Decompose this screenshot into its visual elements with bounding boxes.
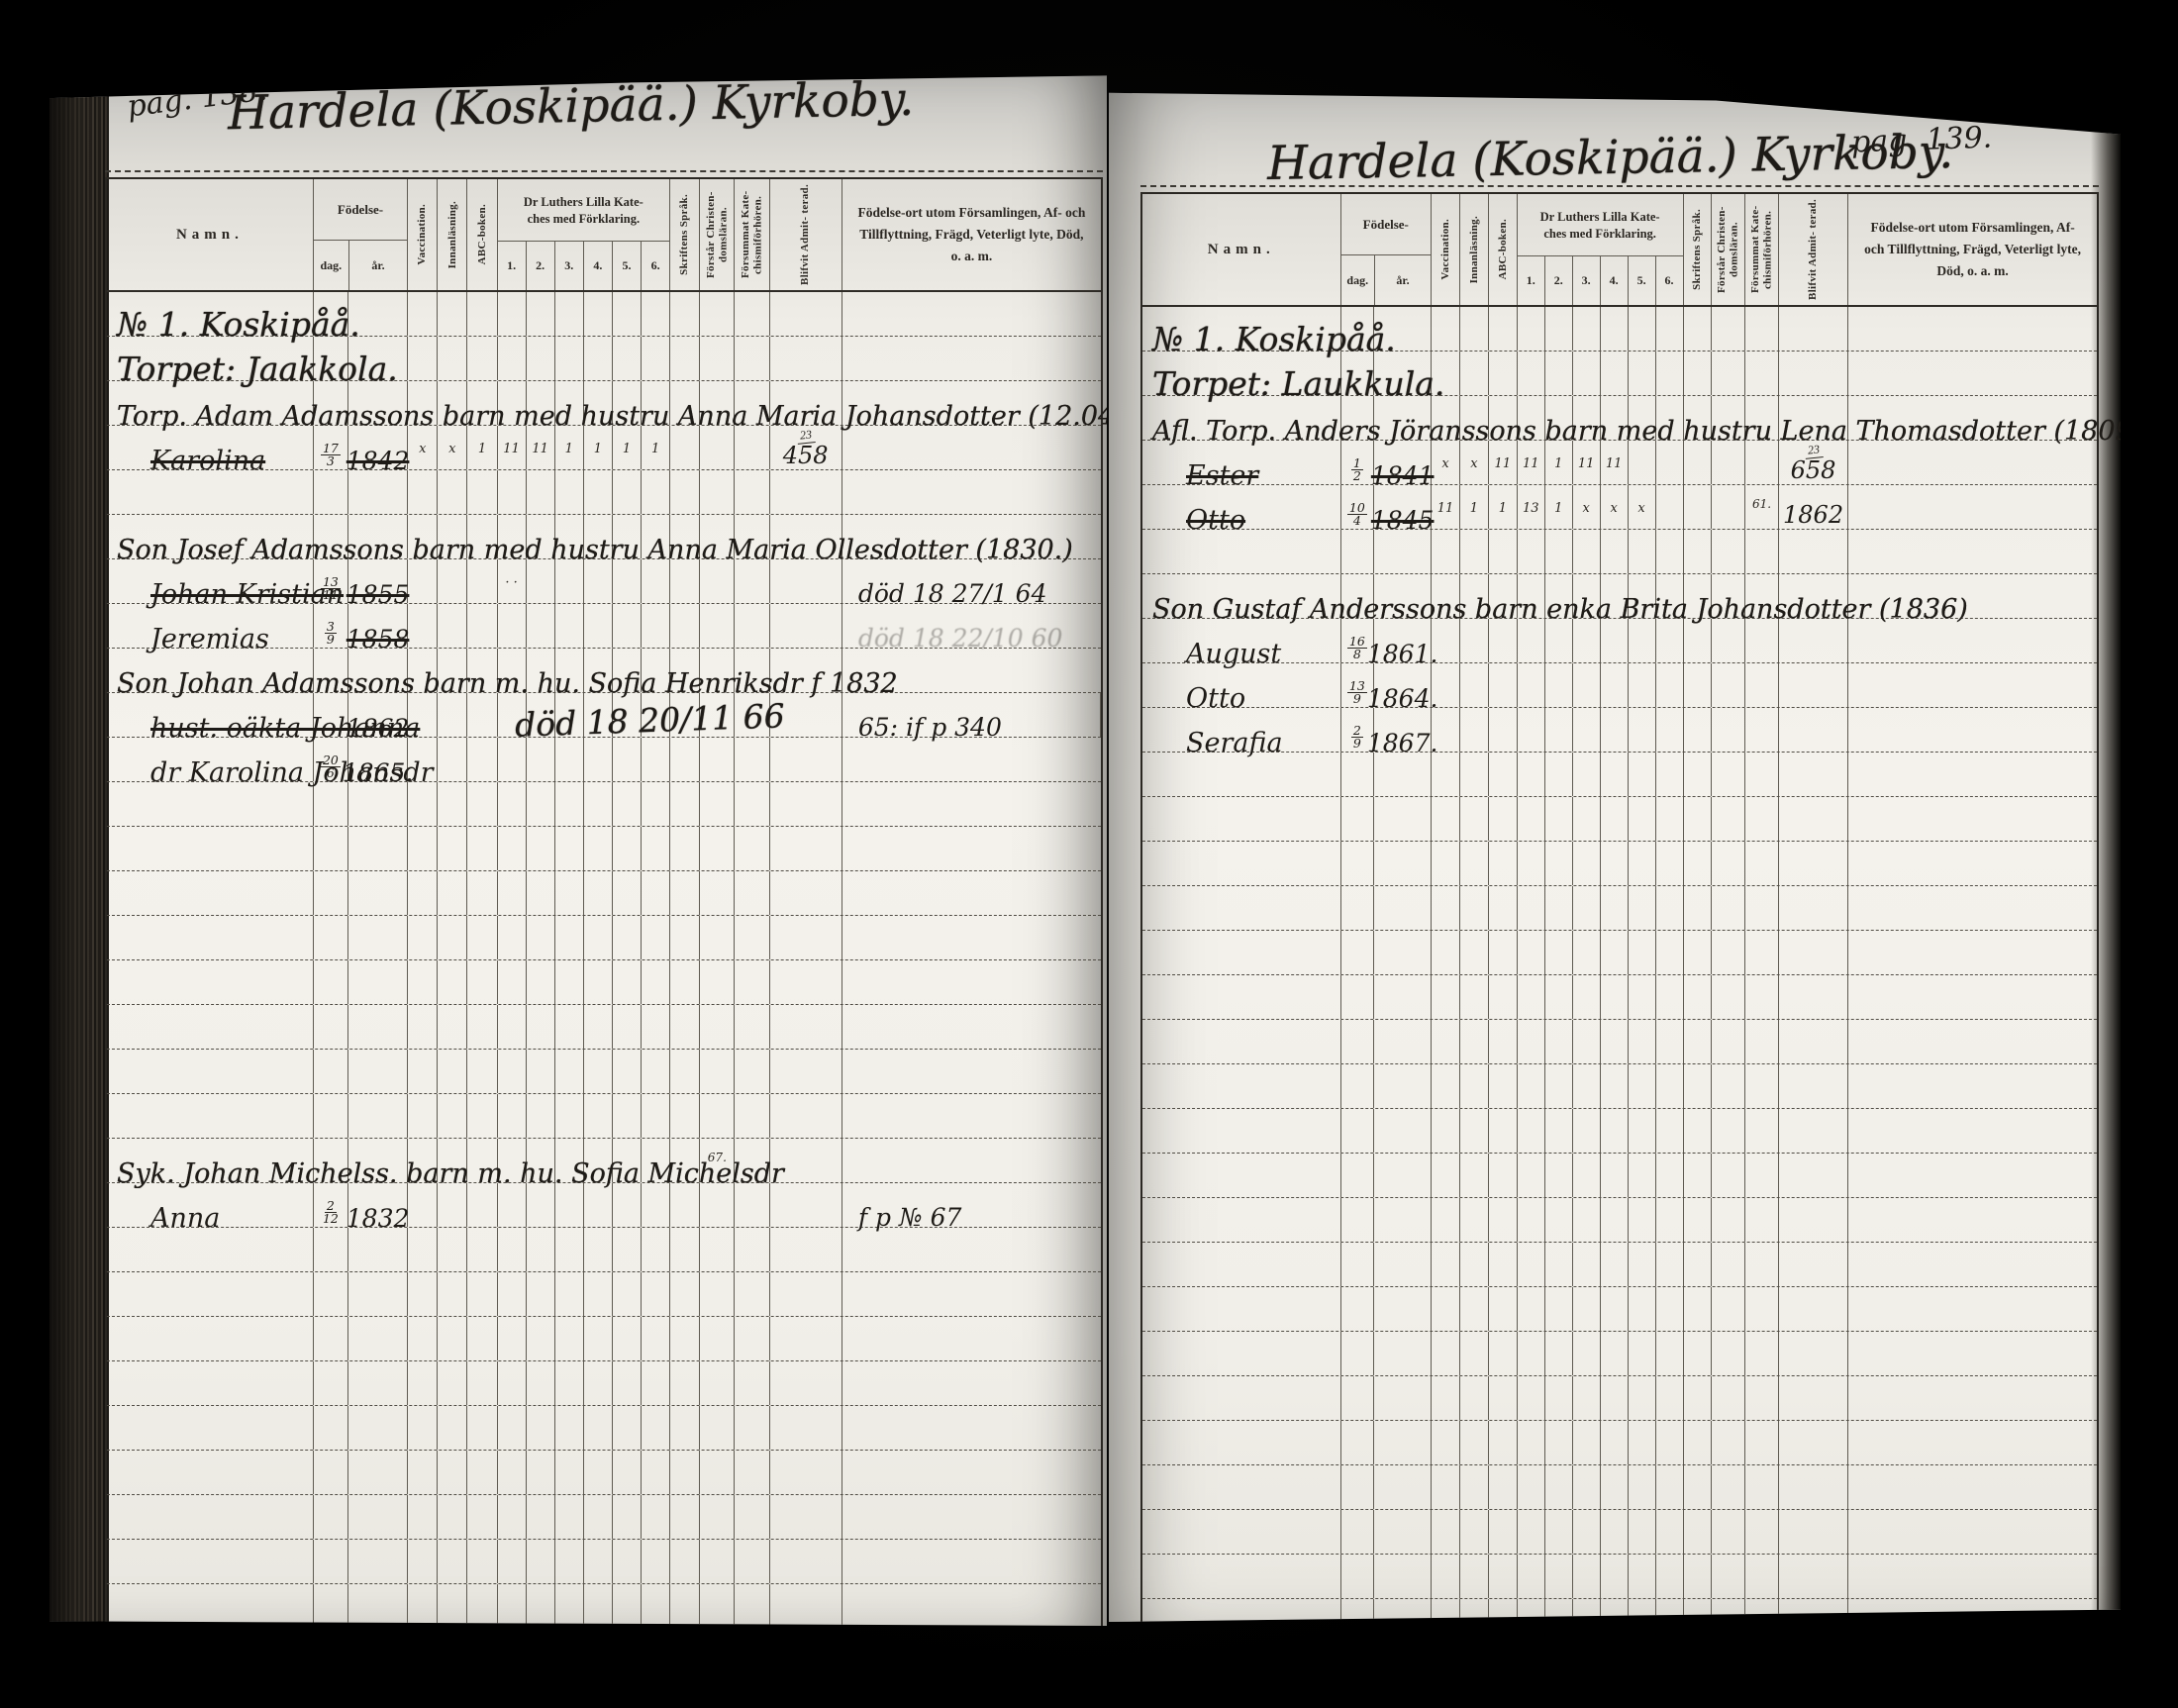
cell-admitterad bbox=[770, 738, 842, 781]
cell-k2 bbox=[1545, 1198, 1573, 1242]
cell-k4 bbox=[584, 782, 613, 826]
cell-k1 bbox=[498, 1050, 527, 1093]
cell-admitterad: 23658 bbox=[1779, 441, 1848, 484]
cell-k5 bbox=[1629, 619, 1656, 662]
column-label: Dr Luthers Lilla Kate- bbox=[524, 194, 643, 210]
cell-namn bbox=[107, 1451, 314, 1494]
cell-innanlasning bbox=[438, 1183, 467, 1227]
cell-ar: 1842 bbox=[348, 426, 408, 469]
cell-admitterad bbox=[1779, 1198, 1848, 1242]
month: 12 bbox=[323, 1213, 339, 1225]
cell-k5 bbox=[613, 1228, 642, 1271]
table-row bbox=[107, 1540, 1101, 1584]
table-row bbox=[1142, 1555, 2097, 1599]
cell-k2: 1 bbox=[1545, 441, 1573, 484]
column-label: Skriftens Språk. bbox=[678, 194, 691, 275]
cell-k5 bbox=[1629, 975, 1656, 1019]
cell-k2 bbox=[1545, 663, 1573, 707]
cell-sprak bbox=[1684, 307, 1713, 351]
cell-k1 bbox=[1518, 663, 1545, 707]
cell-k2 bbox=[527, 559, 555, 603]
cell-innanlasning bbox=[1460, 708, 1489, 752]
cell-ar bbox=[348, 1317, 408, 1360]
name-text: Jeremias bbox=[150, 626, 269, 653]
birth-day: 139 bbox=[1347, 680, 1367, 705]
cell-namn: hust. oäkta Johanna bbox=[107, 693, 314, 737]
cell-remarks bbox=[842, 470, 1101, 514]
cell-dag bbox=[1341, 1376, 1375, 1420]
cell-vaccination bbox=[1432, 797, 1460, 841]
cell-vaccination bbox=[408, 827, 438, 870]
cell-abc bbox=[467, 1361, 497, 1405]
cell-sprak bbox=[1684, 1243, 1713, 1286]
kateches-label: Dr Luthers Lilla Kate- ches med Förklari… bbox=[498, 179, 670, 242]
cell-k5 bbox=[613, 1005, 642, 1049]
book-spine-edge bbox=[49, 73, 109, 1626]
cell-vaccination bbox=[408, 960, 438, 1004]
cell-abc bbox=[1489, 352, 1518, 395]
kateches-num: 4. bbox=[584, 242, 613, 290]
column-header-skriftens-sprak: Skriftens Språk. bbox=[670, 179, 700, 290]
cell-k1 bbox=[498, 470, 527, 514]
cell-remarks bbox=[1848, 1510, 2097, 1554]
cell-k5 bbox=[1629, 797, 1656, 841]
cell-forsummat bbox=[1745, 1020, 1779, 1063]
cell-k2 bbox=[1545, 530, 1573, 573]
cell-forsummat bbox=[1745, 886, 1779, 930]
cell-k1 bbox=[498, 1406, 527, 1450]
cell-innanlasning bbox=[438, 738, 467, 781]
cell-innanlasning bbox=[438, 1317, 467, 1360]
cell-namn: Jeremias bbox=[107, 604, 314, 648]
cell-k3 bbox=[555, 738, 584, 781]
cell-k1 bbox=[498, 1451, 527, 1494]
table-row: Karolina1731842xx11111111123458 bbox=[107, 426, 1101, 470]
check-mark: 11 bbox=[1437, 501, 1454, 516]
cell-forstar bbox=[700, 1228, 735, 1271]
cell-k6 bbox=[642, 1584, 670, 1628]
cell-admitterad: 1862 bbox=[1779, 485, 1848, 529]
cell-k6 bbox=[642, 559, 670, 603]
cell-k1 bbox=[498, 738, 527, 781]
cell-sprak bbox=[1684, 1555, 1713, 1598]
cell-forsummat bbox=[735, 559, 769, 603]
admitted-number: 23458 bbox=[783, 428, 829, 467]
table-row bbox=[1142, 1109, 2097, 1154]
cell-abc bbox=[1489, 1599, 1518, 1643]
column-label: Försummat Kate- chismiförhören. bbox=[740, 183, 764, 286]
table-row bbox=[1142, 1020, 2097, 1064]
cell-innanlasning bbox=[1460, 352, 1489, 395]
cell-innanlasning bbox=[1460, 975, 1489, 1019]
table-row bbox=[107, 916, 1101, 960]
cell-k3 bbox=[555, 871, 584, 915]
month: 9 bbox=[1353, 738, 1361, 750]
cell-namn: Johan Kristian bbox=[107, 559, 314, 603]
table-row bbox=[1142, 1376, 2097, 1421]
cell-k2 bbox=[527, 604, 555, 648]
cell-forstar bbox=[1712, 1332, 1745, 1375]
cell-k5 bbox=[613, 1050, 642, 1093]
cell-forstar bbox=[700, 604, 735, 648]
cell-dag: 212 bbox=[314, 1183, 348, 1227]
name-text: Otto bbox=[1186, 685, 1245, 712]
column-header-vaccination: Vaccination. bbox=[1432, 194, 1460, 305]
cell-vaccination bbox=[408, 1317, 438, 1360]
cell-sprak bbox=[670, 1495, 700, 1539]
cell-vaccination bbox=[1432, 1154, 1460, 1197]
cell-ar bbox=[348, 1451, 408, 1494]
cell-forsummat bbox=[735, 426, 769, 469]
name-text: Ester bbox=[1186, 462, 1258, 489]
cell-forstar bbox=[1712, 753, 1745, 796]
column-header-admitterad: Blifvit Admit- terad. bbox=[770, 179, 842, 290]
cell-k5 bbox=[613, 337, 642, 380]
cell-forsummat bbox=[735, 871, 769, 915]
cell-innanlasning bbox=[438, 916, 467, 959]
cell-forstar bbox=[1712, 1109, 1745, 1153]
cell-forsummat bbox=[1745, 352, 1779, 395]
cell-k6 bbox=[1656, 1154, 1684, 1197]
cell-innanlasning bbox=[1460, 797, 1489, 841]
cell-dag bbox=[1341, 797, 1375, 841]
kateches-num: 1. bbox=[1518, 256, 1545, 305]
column-header-namn: Namn. bbox=[107, 179, 314, 290]
cell-vaccination bbox=[1432, 1555, 1460, 1598]
cell-k4 bbox=[584, 916, 613, 959]
cell-admitterad bbox=[770, 1272, 842, 1316]
cell-k4 bbox=[584, 1451, 613, 1494]
page-title-left: Hardela (Koskipää.) Kyrkoby. bbox=[228, 72, 915, 142]
cell-vaccination bbox=[1432, 530, 1460, 573]
cell-vaccination bbox=[1432, 1421, 1460, 1464]
cell-forstar bbox=[1712, 619, 1745, 662]
cell-forsummat bbox=[735, 1228, 769, 1271]
cell-ar bbox=[1374, 1599, 1432, 1643]
cell-k2 bbox=[1545, 1243, 1573, 1286]
cell-innanlasning bbox=[438, 1228, 467, 1271]
table-row: dr Karolina Johansdr2061865. bbox=[107, 738, 1101, 782]
column-label: ches med Förklaring. bbox=[528, 211, 641, 227]
cell-remarks bbox=[1848, 1332, 2097, 1375]
cell-admitterad bbox=[1779, 1376, 1848, 1420]
cell-ar bbox=[348, 1005, 408, 1049]
kateches-subheader: 1. 2. 3. 4. 5. 6. bbox=[498, 242, 670, 290]
admitted-value: 658 bbox=[1791, 458, 1836, 482]
table-row bbox=[107, 1584, 1101, 1629]
cell-forsummat bbox=[1745, 441, 1779, 484]
cell-k2 bbox=[1545, 307, 1573, 351]
cell-remarks bbox=[842, 426, 1101, 469]
cell-k5 bbox=[613, 1183, 642, 1227]
cell-forsummat bbox=[1745, 1599, 1779, 1643]
cell-forsummat bbox=[735, 604, 769, 648]
cell-k4 bbox=[584, 604, 613, 648]
cell-k5 bbox=[1629, 753, 1656, 796]
cell-namn bbox=[1142, 1287, 1341, 1331]
cell-k2 bbox=[1545, 1332, 1573, 1375]
cell-innanlasning bbox=[438, 1050, 467, 1093]
cell-innanlasning bbox=[1460, 1109, 1489, 1153]
cell-dag bbox=[1341, 1020, 1375, 1063]
cell-vaccination bbox=[1432, 931, 1460, 974]
kateches-num: 3. bbox=[555, 242, 584, 290]
cell-k6 bbox=[642, 916, 670, 959]
cell-k3 bbox=[1573, 1154, 1601, 1197]
cell-k4: 11 bbox=[1601, 441, 1629, 484]
cell-forsummat bbox=[735, 292, 769, 336]
cell-forstar bbox=[1712, 1287, 1745, 1331]
cell-k3 bbox=[555, 1406, 584, 1450]
cell-ar bbox=[1374, 530, 1432, 573]
cell-remarks bbox=[1848, 307, 2097, 351]
cell-innanlasning bbox=[438, 292, 467, 336]
cell-dag bbox=[314, 1451, 348, 1494]
cell-innanlasning bbox=[1460, 842, 1489, 885]
cell-k4 bbox=[1601, 1243, 1629, 1286]
cell-k4 bbox=[1601, 1109, 1629, 1153]
cell-ar bbox=[1374, 1287, 1432, 1331]
cell-k6 bbox=[642, 1317, 670, 1360]
table-row bbox=[107, 871, 1101, 916]
cell-innanlasning bbox=[1460, 1287, 1489, 1331]
month: 8 bbox=[1353, 649, 1361, 660]
cell-k5 bbox=[613, 782, 642, 826]
cell-remarks: död 18 22/10 60 bbox=[842, 604, 1101, 648]
table-row: Johan Kristian13111855· ·död 18 27/1 64 bbox=[107, 559, 1101, 604]
cell-k4 bbox=[584, 1228, 613, 1271]
cell-vaccination bbox=[1432, 1198, 1460, 1242]
cell-ar bbox=[348, 1495, 408, 1539]
cell-k6 bbox=[1656, 1421, 1684, 1464]
cell-forstar bbox=[1712, 1599, 1745, 1643]
column-header-fodelse: Födelse- dag. år. bbox=[314, 179, 408, 290]
cell-forsummat bbox=[735, 782, 769, 826]
cell-k3 bbox=[1573, 1198, 1601, 1242]
column-label: Dr Luthers Lilla Kate- bbox=[1540, 209, 1660, 225]
cell-k3 bbox=[555, 827, 584, 870]
cell-remarks bbox=[842, 960, 1101, 1004]
cell-remarks bbox=[1848, 1198, 2097, 1242]
cell-admitterad bbox=[770, 470, 842, 514]
cell-k1 bbox=[498, 782, 527, 826]
cell-dag bbox=[1341, 1421, 1375, 1464]
cell-forstar bbox=[1712, 663, 1745, 707]
cell-admitterad bbox=[770, 1361, 842, 1405]
cell-k6 bbox=[1656, 753, 1684, 796]
cell-k1 bbox=[498, 1005, 527, 1049]
cell-k1 bbox=[498, 827, 527, 870]
name-text: August bbox=[1186, 641, 1281, 667]
cell-vaccination bbox=[408, 559, 438, 603]
remark-text: död 18 22/10 60 bbox=[858, 626, 1063, 651]
cell-k2 bbox=[527, 1005, 555, 1049]
cell-sprak bbox=[1684, 708, 1713, 752]
column-header-ar: år. bbox=[1375, 255, 1431, 305]
cell-k2 bbox=[527, 738, 555, 781]
table-row: Son Johan Adamssons barn m. hu. Sofia He… bbox=[107, 649, 1101, 693]
cell-k2 bbox=[527, 1183, 555, 1227]
cell-vaccination bbox=[1432, 1465, 1460, 1509]
cell-k1 bbox=[498, 604, 527, 648]
cell-remarks bbox=[1848, 753, 2097, 796]
name-text: Son Johan Adamssons barn m. hu. Sofia He… bbox=[117, 670, 898, 697]
cell-innanlasning bbox=[438, 827, 467, 870]
cell-forsummat bbox=[735, 1361, 769, 1405]
cell-vaccination bbox=[1432, 842, 1460, 885]
cell-k2 bbox=[1545, 842, 1573, 885]
cell-forsummat bbox=[1745, 1064, 1779, 1108]
cell-admitterad bbox=[1779, 663, 1848, 707]
cell-forsummat bbox=[1745, 753, 1779, 796]
cell-k1 bbox=[498, 1094, 527, 1138]
cell-k3 bbox=[1573, 1243, 1601, 1286]
cell-k1: · · bbox=[498, 559, 527, 603]
check-mark: 1 bbox=[1470, 501, 1478, 516]
cell-sprak bbox=[1684, 1510, 1713, 1554]
check-mark: x bbox=[1582, 501, 1589, 516]
column-header-remarks: Födelse-ort utom Församlingen, Af- och T… bbox=[842, 179, 1101, 290]
cell-k3 bbox=[1573, 1287, 1601, 1331]
cell-admitterad bbox=[770, 337, 842, 380]
cell-remarks bbox=[1848, 797, 2097, 841]
cell-k2 bbox=[527, 1228, 555, 1271]
cell-vaccination bbox=[408, 1050, 438, 1093]
cell-k1 bbox=[1518, 1064, 1545, 1108]
table-row bbox=[107, 960, 1101, 1005]
check-mark: 1 bbox=[623, 442, 631, 456]
cell-innanlasning bbox=[1460, 1599, 1489, 1643]
cell-k2: 11 bbox=[527, 426, 555, 469]
cell-abc bbox=[1489, 619, 1518, 662]
cell-forstar bbox=[700, 559, 735, 603]
cell-sprak bbox=[670, 1540, 700, 1583]
cell-k3: x bbox=[1573, 485, 1601, 529]
cell-abc bbox=[1489, 1465, 1518, 1509]
cell-dag bbox=[1341, 1154, 1375, 1197]
birth-year: 1832 bbox=[346, 1206, 410, 1231]
cell-ar bbox=[1374, 1376, 1432, 1420]
column-label: ches med Förklaring. bbox=[1543, 226, 1656, 242]
cell-forsummat bbox=[1745, 1243, 1779, 1286]
kateches-num: 5. bbox=[613, 242, 642, 290]
cell-k4 bbox=[1601, 708, 1629, 752]
cell-k6 bbox=[1656, 441, 1684, 484]
cell-forstar bbox=[1712, 1198, 1745, 1242]
check-mark: 11 bbox=[1606, 456, 1623, 471]
cell-sprak bbox=[670, 871, 700, 915]
cell-forsummat bbox=[1745, 1332, 1779, 1375]
cell-namn: dr Karolina Johansdr bbox=[107, 738, 314, 781]
page-right: pag. 139. Hardela (Koskipää.) Kyrkoby. N… bbox=[1109, 85, 2121, 1622]
cell-remarks bbox=[842, 1139, 1101, 1182]
cell-namn: Karolina bbox=[107, 426, 314, 469]
cell-admitterad bbox=[770, 604, 842, 648]
table-row bbox=[107, 1005, 1101, 1050]
cell-abc: 11 bbox=[1489, 441, 1518, 484]
cell-vaccination bbox=[408, 1228, 438, 1271]
cell-abc bbox=[1489, 1243, 1518, 1286]
cell-k6 bbox=[1656, 1599, 1684, 1643]
cell-k1 bbox=[1518, 352, 1545, 395]
cell-namn bbox=[1142, 886, 1341, 930]
cell-abc bbox=[1489, 663, 1518, 707]
cell-admitterad bbox=[770, 1005, 842, 1049]
cell-k5 bbox=[613, 1094, 642, 1138]
cell-k4 bbox=[1601, 1198, 1629, 1242]
cell-namn bbox=[107, 1050, 314, 1093]
cell-k3 bbox=[555, 1540, 584, 1583]
column-header-forstar: Förstår Christen- domsläran. bbox=[700, 179, 735, 290]
cell-forstar bbox=[700, 827, 735, 870]
cell-k2 bbox=[527, 1495, 555, 1539]
cell-dag: 12 bbox=[1341, 441, 1375, 484]
cell-vaccination bbox=[408, 1584, 438, 1628]
table-row: Serafia291867. bbox=[1142, 708, 2097, 753]
cell-k5 bbox=[1629, 931, 1656, 974]
cell-remarks bbox=[842, 1361, 1101, 1405]
cell-k6 bbox=[1656, 1109, 1684, 1153]
cell-k3 bbox=[555, 1495, 584, 1539]
cell-k6 bbox=[1656, 886, 1684, 930]
cell-k6 bbox=[1656, 1198, 1684, 1242]
cell-vaccination bbox=[1432, 1109, 1460, 1153]
cell-k2 bbox=[1545, 1064, 1573, 1108]
cell-admitterad: 23458 bbox=[770, 426, 842, 469]
cell-forsummat bbox=[1745, 1555, 1779, 1598]
cell-namn bbox=[107, 1228, 314, 1271]
cell-k1 bbox=[498, 1272, 527, 1316]
cell-sprak bbox=[670, 1451, 700, 1494]
cell-sprak bbox=[1684, 530, 1713, 573]
column-label: Födelse-ort utom Församlingen, Af- och T… bbox=[1848, 217, 2097, 283]
cell-k4 bbox=[1601, 1510, 1629, 1554]
cell-k3 bbox=[555, 960, 584, 1004]
cell-k4 bbox=[1601, 530, 1629, 573]
cell-k2 bbox=[527, 782, 555, 826]
cell-remarks bbox=[842, 1272, 1101, 1316]
cell-k3 bbox=[555, 1361, 584, 1405]
birth-day: 29 bbox=[1351, 725, 1363, 750]
remark-text: död 18 27/1 64 bbox=[858, 581, 1047, 606]
cell-namn bbox=[107, 470, 314, 514]
cell-vaccination bbox=[1432, 1287, 1460, 1331]
check-mark: 1 bbox=[594, 442, 602, 456]
cell-k1 bbox=[498, 960, 527, 1004]
cell-dag bbox=[314, 470, 348, 514]
cell-namn: Otto bbox=[1142, 485, 1341, 529]
table-row: № 1. Koskipåå. bbox=[107, 292, 1101, 337]
cell-admitterad bbox=[770, 1406, 842, 1450]
cell-k3 bbox=[1573, 931, 1601, 974]
cell-remarks bbox=[1848, 1376, 2097, 1420]
name-text: Afl. Torp. Anders Jöranssons barn med hu… bbox=[1152, 418, 2151, 445]
cell-k1 bbox=[1518, 886, 1545, 930]
cell-k1 bbox=[498, 1495, 527, 1539]
cell-innanlasning bbox=[1460, 530, 1489, 573]
column-label: Födelse- bbox=[314, 179, 407, 241]
cell-sprak bbox=[1684, 1332, 1713, 1375]
cell-k2: 1 bbox=[1545, 485, 1573, 529]
cell-k1 bbox=[498, 1540, 527, 1583]
cell-abc bbox=[1489, 1555, 1518, 1598]
cell-remarks bbox=[1848, 1109, 2097, 1153]
cell-vaccination bbox=[1432, 1510, 1460, 1554]
table-row bbox=[1142, 1599, 2097, 1644]
table-row bbox=[1142, 797, 2097, 842]
cell-abc bbox=[1489, 886, 1518, 930]
cell-sprak bbox=[1684, 1421, 1713, 1464]
